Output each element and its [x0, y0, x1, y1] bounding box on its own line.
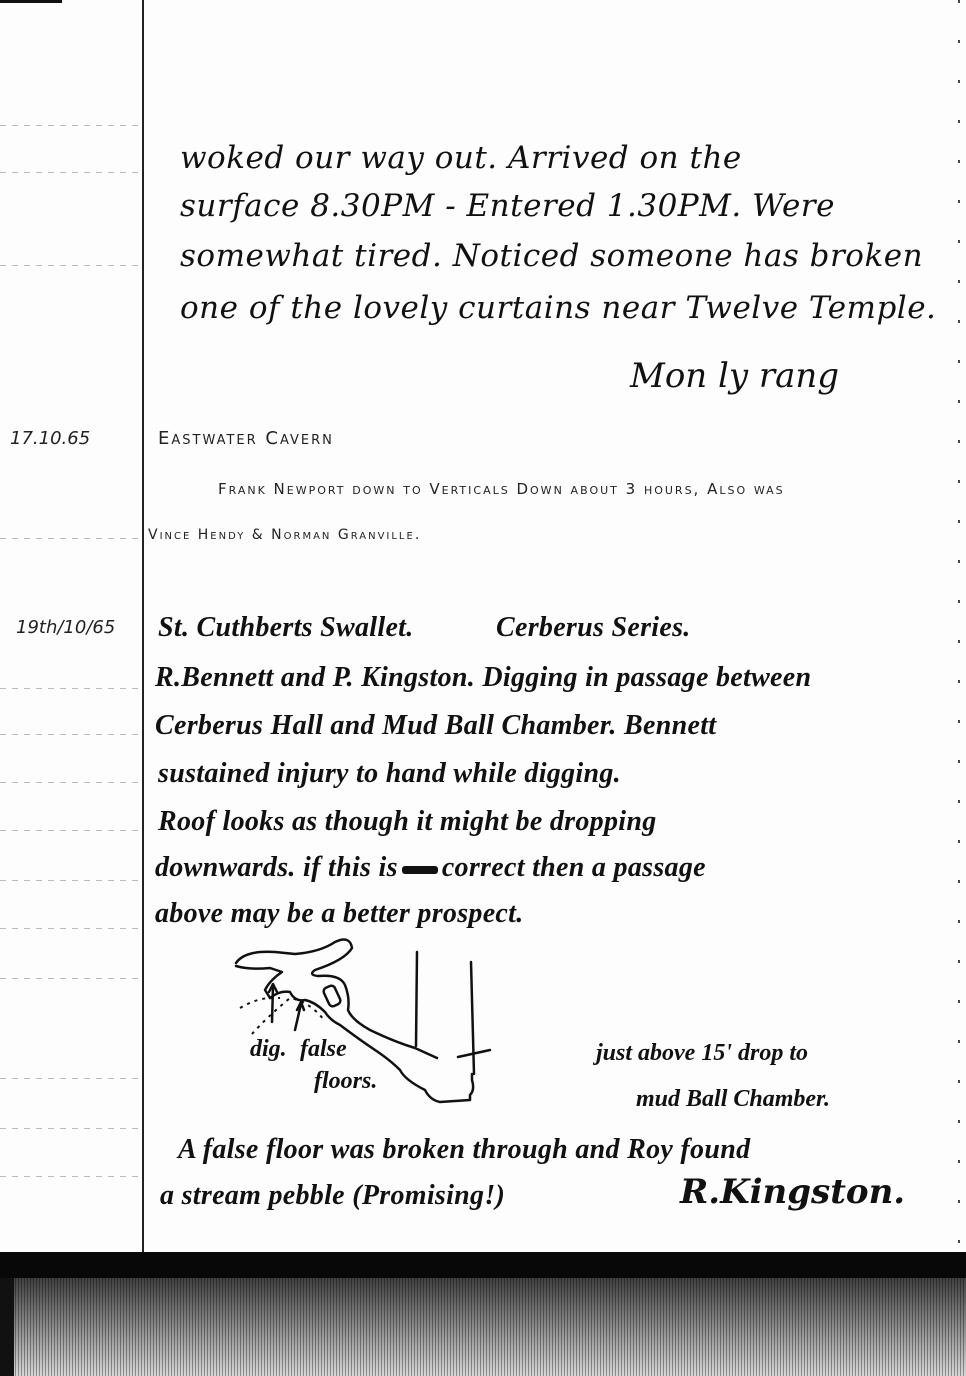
struck-out-word: [402, 866, 438, 874]
entry3-location: St. Cuthberts Swallet.: [158, 612, 414, 644]
scan-noise: [0, 1278, 966, 1376]
scan-edge-band: [0, 1252, 966, 1278]
margin-rule: [0, 265, 142, 266]
margin-rule: [0, 688, 142, 689]
entry3-line5-before: downwards. if this is: [155, 852, 398, 883]
entry2-title: Eastwater Cavern: [158, 428, 334, 449]
entry1-line1: woked our way out. Arrived on the: [180, 140, 742, 176]
entry2-date: 17.10.65: [10, 428, 90, 449]
entry1-line3: somewhat tired. Noticed someone has brok…: [180, 238, 923, 274]
entry3-line3: sustained injury to hand while digging.: [158, 758, 621, 790]
margin-rule: [0, 172, 142, 173]
sketch-label-false: false: [300, 1036, 347, 1063]
margin-rule: [0, 782, 142, 783]
entry3-line1: R.Bennett and P. Kingston. Digging in pa…: [155, 662, 811, 694]
sketch-label-dig: dig.: [250, 1036, 287, 1063]
sketch-label-chamber: mud Ball Chamber.: [636, 1086, 830, 1113]
entry3-line2: Cerberus Hall and Mud Ball Chamber. Benn…: [155, 710, 716, 742]
margin-rule: [0, 125, 142, 126]
entry1-line2: surface 8.30PM - Entered 1.30PM. Were: [180, 188, 835, 224]
ink-mark: [0, 0, 62, 3]
entry2-line2: Vince Hendy & Norman Granville.: [148, 527, 421, 543]
sketch-label-floors: floors.: [314, 1068, 377, 1095]
logbook-page: woked our way out. Arrived on the surfac…: [0, 0, 966, 1376]
entry3-closing-line1: A false floor was broken through and Roy…: [178, 1134, 750, 1166]
sketch-label-drop: just above 15' drop to: [596, 1040, 808, 1067]
margin-rule: [0, 538, 142, 539]
entry3-signature: R.Kingston.: [680, 1172, 905, 1212]
entry1-line4: one of the lovely curtains near Twelve T…: [180, 290, 936, 326]
entry3-line6: above may be a better prospect.: [155, 898, 524, 930]
margin-rule: [0, 734, 142, 735]
margin-rule: [0, 1176, 142, 1177]
entry3-line5: downwards. if this iscorrect then a pass…: [155, 852, 706, 884]
margin-rule: [0, 880, 142, 881]
entry3-series: Cerberus Series.: [496, 612, 691, 644]
margin-rule: [0, 1078, 142, 1079]
page-edge: [958, 0, 960, 1258]
entry2-line1: Frank Newport down to Verticals Down abo…: [218, 480, 785, 498]
margin-line: [142, 0, 144, 1258]
passage-sketch: [200, 930, 600, 1110]
margin-rule: [0, 1128, 142, 1129]
entry3-closing-line2: a stream pebble (Promising!): [160, 1180, 505, 1212]
entry1-signature: Mon ly rang: [630, 356, 839, 396]
margin-rule: [0, 928, 142, 929]
entry3-line5-after: correct then a passage: [442, 852, 706, 883]
margin-rule: [0, 830, 142, 831]
entry3-date: 19th/10/65: [16, 617, 115, 638]
entry3-line4: Roof looks as though it might be droppin…: [158, 806, 657, 838]
margin-rule: [0, 978, 142, 979]
